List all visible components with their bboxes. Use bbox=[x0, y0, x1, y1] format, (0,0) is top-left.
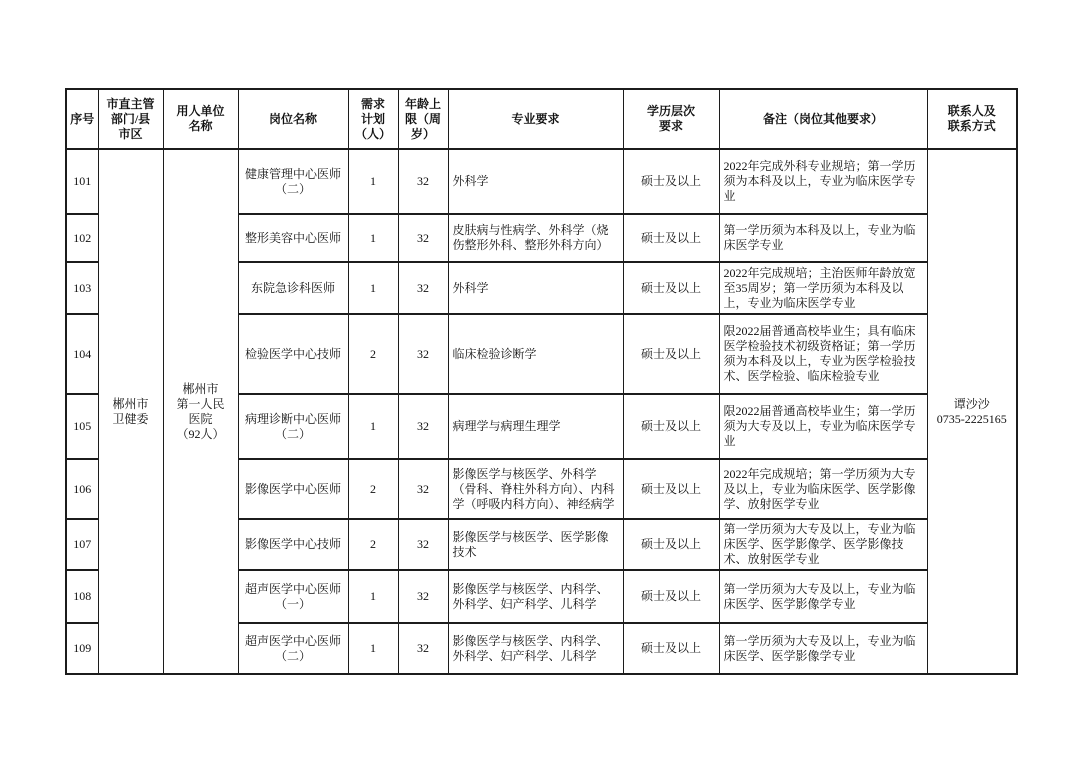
cell-count: 1 bbox=[348, 394, 398, 459]
cell-major: 影像医学与核医学、外科学（骨科、脊柱外科方向）、内科学（呼吸内科方向）、神经病学 bbox=[448, 459, 623, 519]
cell-contact: 谭沙沙 0735-2225165 bbox=[927, 149, 1017, 674]
cell-serial: 107 bbox=[66, 519, 98, 570]
col-header-degree: 学历层次 要求 bbox=[623, 89, 719, 149]
cell-remark: 2022年完成规培；主治医师年龄放宽至35周岁；第一学历须为本科及以上，专业为临… bbox=[719, 262, 927, 314]
cell-position: 健康管理中心医师 （二） bbox=[238, 149, 348, 214]
cell-degree: 硕士及以上 bbox=[623, 570, 719, 623]
cell-serial: 106 bbox=[66, 459, 98, 519]
cell-count: 1 bbox=[348, 214, 398, 262]
cell-age: 32 bbox=[398, 394, 448, 459]
header-row: 序号 市直主管 部门/县 市区 用人单位 名称 岗位名称 需求 计划 （人） 年… bbox=[66, 89, 1017, 149]
cell-degree: 硕士及以上 bbox=[623, 623, 719, 674]
cell-age: 32 bbox=[398, 459, 448, 519]
cell-age: 32 bbox=[398, 214, 448, 262]
cell-serial: 101 bbox=[66, 149, 98, 214]
cell-degree: 硕士及以上 bbox=[623, 519, 719, 570]
cell-age: 32 bbox=[398, 314, 448, 394]
cell-count: 1 bbox=[348, 570, 398, 623]
cell-position: 超声医学中心医师 （一） bbox=[238, 570, 348, 623]
col-header-serial: 序号 bbox=[66, 89, 98, 149]
cell-major: 影像医学与核医学、内科学、外科学、妇产科学、儿科学 bbox=[448, 623, 623, 674]
cell-remark: 第一学历须为大专及以上，专业为临床医学、医学影像学、医学影像技术、放射医学专业 bbox=[719, 519, 927, 570]
cell-remark: 2022年完成规培；第一学历须为大专及以上，专业为临床医学、医学影像学、放射医学… bbox=[719, 459, 927, 519]
cell-count: 1 bbox=[348, 623, 398, 674]
cell-position: 检验医学中心技师 bbox=[238, 314, 348, 394]
cell-remark: 限2022届普通高校毕业生；第一学历须为大专及以上，专业为临床医学专业 bbox=[719, 394, 927, 459]
cell-serial: 105 bbox=[66, 394, 98, 459]
cell-remark: 第一学历须为大专及以上，专业为临床医学、医学影像学专业 bbox=[719, 570, 927, 623]
cell-major: 影像医学与核医学、医学影像技术 bbox=[448, 519, 623, 570]
recruitment-table: 序号 市直主管 部门/县 市区 用人单位 名称 岗位名称 需求 计划 （人） 年… bbox=[65, 88, 1018, 675]
cell-age: 32 bbox=[398, 519, 448, 570]
cell-age: 32 bbox=[398, 623, 448, 674]
cell-major: 影像医学与核医学、内科学、外科学、妇产科学、儿科学 bbox=[448, 570, 623, 623]
col-header-major: 专业要求 bbox=[448, 89, 623, 149]
cell-count: 1 bbox=[348, 149, 398, 214]
cell-position: 影像医学中心技师 bbox=[238, 519, 348, 570]
cell-department: 郴州市 卫健委 bbox=[98, 149, 163, 674]
cell-age: 32 bbox=[398, 149, 448, 214]
cell-position: 病理诊断中心医师 （二） bbox=[238, 394, 348, 459]
col-header-count: 需求 计划 （人） bbox=[348, 89, 398, 149]
cell-position: 超声医学中心医师 （二） bbox=[238, 623, 348, 674]
cell-employer: 郴州市 第一人民 医院 （92人） bbox=[163, 149, 238, 674]
cell-degree: 硕士及以上 bbox=[623, 459, 719, 519]
col-header-employer: 用人单位 名称 bbox=[163, 89, 238, 149]
cell-count: 2 bbox=[348, 459, 398, 519]
cell-degree: 硕士及以上 bbox=[623, 314, 719, 394]
cell-remark: 限2022届普通高校毕业生；具有临床医学检验技术初级资格证；第一学历须为本科及以… bbox=[719, 314, 927, 394]
cell-degree: 硕士及以上 bbox=[623, 394, 719, 459]
cell-major: 临床检验诊断学 bbox=[448, 314, 623, 394]
cell-position: 整形美容中心医师 bbox=[238, 214, 348, 262]
cell-serial: 103 bbox=[66, 262, 98, 314]
cell-degree: 硕士及以上 bbox=[623, 214, 719, 262]
col-header-age-limit: 年龄上 限（周 岁） bbox=[398, 89, 448, 149]
table-row-101: 101 郴州市 卫健委 郴州市 第一人民 医院 （92人） 健康管理中心医师 （… bbox=[66, 149, 1017, 214]
cell-major: 外科学 bbox=[448, 262, 623, 314]
col-header-contact: 联系人及 联系方式 bbox=[927, 89, 1017, 149]
cell-degree: 硕士及以上 bbox=[623, 149, 719, 214]
cell-remark: 第一学历须为本科及以上，专业为临床医学专业 bbox=[719, 214, 927, 262]
cell-remark: 2022年完成外科专业规培；第一学历须为本科及以上，专业为临床医学专业 bbox=[719, 149, 927, 214]
cell-major: 病理学与病理生理学 bbox=[448, 394, 623, 459]
cell-degree: 硕士及以上 bbox=[623, 262, 719, 314]
col-header-department: 市直主管 部门/县 市区 bbox=[98, 89, 163, 149]
cell-serial: 102 bbox=[66, 214, 98, 262]
cell-count: 2 bbox=[348, 314, 398, 394]
document-page: 序号 市直主管 部门/县 市区 用人单位 名称 岗位名称 需求 计划 （人） 年… bbox=[0, 0, 1080, 763]
cell-serial: 109 bbox=[66, 623, 98, 674]
cell-serial: 104 bbox=[66, 314, 98, 394]
cell-count: 2 bbox=[348, 519, 398, 570]
cell-count: 1 bbox=[348, 262, 398, 314]
cell-position: 影像医学中心医师 bbox=[238, 459, 348, 519]
cell-serial: 108 bbox=[66, 570, 98, 623]
cell-major: 外科学 bbox=[448, 149, 623, 214]
cell-remark: 第一学历须为大专及以上，专业为临床医学、医学影像学专业 bbox=[719, 623, 927, 674]
col-header-remark: 备注（岗位其他要求） bbox=[719, 89, 927, 149]
cell-major: 皮肤病与性病学、外科学（烧伤整形外科、整形外科方向） bbox=[448, 214, 623, 262]
cell-position: 东院急诊科医师 bbox=[238, 262, 348, 314]
cell-age: 32 bbox=[398, 262, 448, 314]
cell-age: 32 bbox=[398, 570, 448, 623]
col-header-position: 岗位名称 bbox=[238, 89, 348, 149]
